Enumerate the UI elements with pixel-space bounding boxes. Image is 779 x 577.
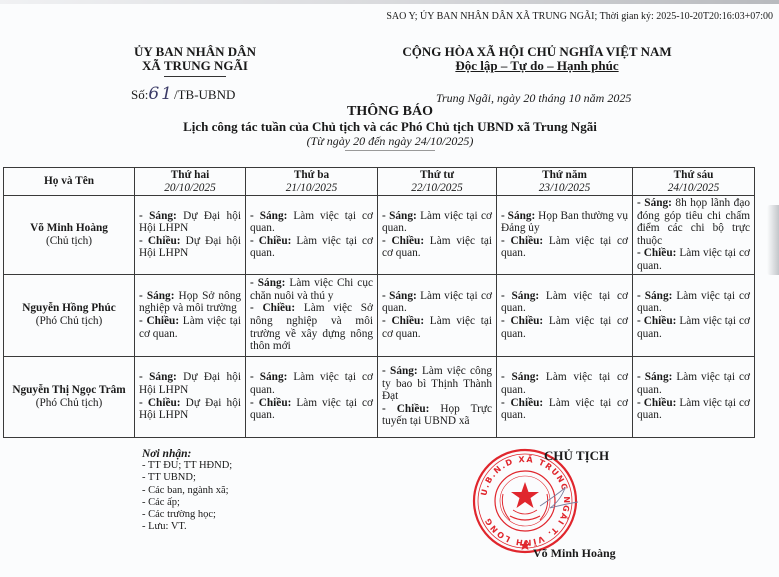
person-role: (Chủ tịch): [46, 235, 92, 247]
entry-label: - Chiều:: [250, 397, 291, 409]
entry-label: - Chiều:: [250, 302, 295, 314]
morning-entry: - Sáng: 8h họp lãnh đạo đóng góp tiêu ch…: [637, 197, 750, 247]
digital-signature-stamp: SAO Y; ỦY BAN NHÂN DÂN XÃ TRUNG NGÃI; Th…: [386, 11, 773, 22]
schedule-cell: - Sáng: Làm việc công ty bao bì Thịnh Th…: [378, 356, 497, 437]
schedule-cell: - Sáng: Làm việc Chi cục chăn nuôi và th…: [246, 274, 378, 356]
title-heading: THÔNG BÁO: [180, 104, 600, 119]
morning-entry: - Sáng: Làm việc tại cơ quan.: [250, 210, 373, 235]
schedule-cell: - Sáng: Họp Ban thường vụ Đảng ủy- Chiều…: [497, 196, 633, 275]
title-underline: [345, 150, 435, 151]
entry-label: - Chiều:: [637, 315, 676, 327]
schedule-cell: - Sáng: Làm việc tại cơ quan.- Chiều: Là…: [497, 274, 633, 356]
morning-entry: - Sáng: Làm việc tại cơ quan.: [501, 371, 628, 396]
table-row: Nguyễn Thị Ngọc Trâm(Phó Chủ tịch)- Sáng…: [4, 356, 755, 437]
afternoon-entry: - Chiều: Làm việc tại cơ quan.: [501, 397, 628, 422]
signer-name: Võ Minh Hoàng: [533, 546, 616, 561]
schedule-cell: - Sáng: Làm việc tại cơ quan.- Chiều: Là…: [246, 356, 378, 437]
schedule-cell: - Sáng: Làm việc tại cơ quan.- Chiều: Là…: [378, 196, 497, 275]
person-cell: Võ Minh Hoàng(Chủ tịch): [4, 196, 135, 275]
person-role: (Phó Chủ tịch): [36, 315, 103, 327]
afternoon-entry: - Chiều: Làm việc tại cơ quan.: [637, 247, 750, 272]
afternoon-entry: - Chiều: Làm việc Sở nông nghiệp và môi …: [250, 302, 373, 352]
person-name: Nguyễn Thị Ngọc Trâm: [8, 384, 130, 397]
table-header-row: Họ và Tên Thứ hai20/10/2025 Thứ ba21/10/…: [4, 168, 755, 196]
afternoon-entry: - Chiều: Dự Đại hội Hội LHPN: [139, 235, 241, 260]
schedule-table: Họ và Tên Thứ hai20/10/2025 Thứ ba21/10/…: [3, 167, 755, 438]
person-role: (Phó Chủ tịch): [36, 397, 103, 409]
entry-label: - Sáng:: [139, 290, 174, 302]
afternoon-entry: - Chiều: Họp Trực tuyến tại UBND xã: [382, 403, 492, 428]
scan-top-edge: [0, 0, 779, 4]
entry-label: - Chiều:: [139, 315, 179, 327]
day-date: 20/10/2025: [138, 182, 242, 195]
entry-label: - Sáng:: [139, 371, 177, 383]
entry-label: - Chiều:: [382, 315, 424, 327]
signer-title: CHỦ TỊCH: [544, 448, 609, 464]
entry-label: - Sáng:: [382, 290, 417, 302]
morning-entry: - Sáng: Làm việc Chi cục chăn nuôi và th…: [250, 277, 373, 302]
title-subject: Lịch công tác tuần của Chủ tịch và các P…: [180, 119, 600, 134]
afternoon-entry: - Chiều: Làm việc tại cơ quan.: [250, 397, 373, 422]
entry-label: - Sáng:: [250, 371, 287, 383]
day-header: Thứ sáu24/10/2025: [633, 168, 755, 196]
entry-label: - Sáng:: [637, 290, 672, 302]
morning-entry: - Sáng: Làm việc tại cơ quan.: [250, 371, 373, 396]
schedule-cell: - Sáng: Làm việc tại cơ quan.- Chiều: Là…: [633, 274, 755, 356]
day-name: Thứ hai: [171, 169, 210, 181]
day-name: Thứ năm: [542, 169, 587, 181]
issuing-agency: ỦY BAN NHÂN DÂN XÃ TRUNG NGÃI: [95, 45, 295, 77]
schedule-cell: - Sáng: 8h họp lãnh đạo đóng góp tiêu ch…: [633, 196, 755, 275]
person-name: Võ Minh Hoàng: [8, 222, 130, 235]
schedule-cell: - Sáng: Làm việc tại cơ quan.- Chiều: Là…: [378, 274, 497, 356]
day-date: 24/10/2025: [636, 182, 751, 195]
morning-entry: - Sáng: Họp Sở nông nghiệp và môi trường: [139, 290, 241, 315]
day-header: Thứ năm23/10/2025: [497, 168, 633, 196]
title-period: (Từ ngày 20 đến ngày 24/10/2025): [180, 134, 600, 148]
afternoon-entry: - Chiều: Dự Đại hội Hội LHPN: [139, 397, 241, 422]
day-date: 21/10/2025: [249, 182, 374, 195]
person-cell: Nguyễn Thị Ngọc Trâm(Phó Chủ tịch): [4, 356, 135, 437]
entry-label: - Chiều:: [139, 235, 181, 247]
day-header: Thứ hai20/10/2025: [135, 168, 246, 196]
morning-entry: - Sáng: Dự Đại hội Hội LHPN: [139, 371, 241, 396]
day-name: Thứ ba: [294, 169, 329, 181]
afternoon-entry: - Chiều: Làm việc tại cơ quan.: [250, 235, 373, 260]
entry-label: - Sáng:: [501, 290, 539, 302]
morning-entry: - Sáng: Làm việc tại cơ quan.: [382, 210, 492, 235]
schedule-cell: - Sáng: Làm việc tại cơ quan.- Chiều: Là…: [246, 196, 378, 275]
doc-number-handwritten: 61: [148, 84, 174, 104]
afternoon-entry: - Chiều: Làm việc tại cơ quan.: [637, 397, 750, 422]
recipient-item: - Các ấp;: [142, 497, 232, 509]
recipient-item: - TT ĐU; TT HĐND;: [142, 460, 232, 472]
nation-motto: Độc lập – Tự do – Hạnh phúc: [455, 59, 618, 73]
afternoon-entry: - Chiều: Làm việc tại cơ quan.: [637, 315, 750, 340]
day-header: Thứ ba21/10/2025: [246, 168, 378, 196]
entry-label: - Sáng:: [382, 365, 418, 377]
national-header: CỘNG HÒA XÃ HỘI CHỦ NGHĨA VIỆT NAM Độc l…: [402, 45, 672, 73]
person-name: Nguyễn Hồng Phúc: [8, 302, 130, 315]
afternoon-entry: - Chiều: Làm việc tại cơ quan.: [501, 235, 628, 260]
scan-edge-shadow: [767, 205, 779, 275]
recipient-item: - Lưu: VT.: [142, 521, 232, 533]
schedule-cell: - Sáng: Dự Đại hội Hội LHPN- Chiều: Dự Đ…: [135, 356, 246, 437]
entry-label: - Chiều:: [250, 235, 291, 247]
person-cell: Nguyễn Hồng Phúc(Phó Chủ tịch): [4, 274, 135, 356]
entry-label: - Chiều:: [139, 397, 181, 409]
doc-number-prefix: Số:: [131, 87, 148, 102]
afternoon-entry: - Chiều: Làm việc tại cơ quan.: [382, 315, 492, 340]
schedule-cell: - Sáng: Làm việc tại cơ quan.- Chiều: Là…: [497, 356, 633, 437]
day-name: Thứ tư: [420, 169, 454, 181]
afternoon-entry: - Chiều: Làm việc tại cơ quan.: [382, 235, 492, 260]
entry-label: - Chiều:: [501, 315, 543, 327]
entry-label: - Sáng:: [501, 371, 539, 383]
afternoon-entry: - Chiều: Làm việc tại cơ quan.: [139, 315, 241, 340]
recipients-heading: Nơi nhận:: [142, 448, 232, 460]
agency-line-2: XÃ TRUNG NGÃI: [95, 59, 295, 73]
entry-label: - Chiều:: [637, 397, 676, 409]
morning-entry: - Sáng: Làm việc tại cơ quan.: [637, 290, 750, 315]
recipient-item: - Các trường học;: [142, 509, 232, 521]
day-name: Thứ sáu: [674, 169, 714, 181]
entry-label: - Chiều:: [501, 235, 543, 247]
morning-entry: - Sáng: Họp Ban thường vụ Đảng ủy: [501, 210, 628, 235]
day-header: Thứ tư22/10/2025: [378, 168, 497, 196]
morning-entry: - Sáng: Dự Đại hội Hội LHPN: [139, 210, 241, 235]
day-date: 22/10/2025: [381, 182, 493, 195]
morning-entry: - Sáng: Làm việc tại cơ quan.: [637, 371, 750, 396]
morning-entry: - Sáng: Làm việc công ty bao bì Thịnh Th…: [382, 365, 492, 403]
entry-label: - Sáng:: [139, 210, 177, 222]
nation-name: CỘNG HÒA XÃ HỘI CHỦ NGHĨA VIỆT NAM: [402, 45, 672, 59]
entry-label: - Chiều:: [382, 403, 429, 415]
entry-label: - Sáng:: [250, 277, 285, 289]
entry-label: - Sáng:: [250, 210, 287, 222]
day-date: 23/10/2025: [500, 182, 629, 195]
document-title: THÔNG BÁO Lịch công tác tuần của Chủ tịc…: [180, 104, 600, 151]
table-row: Võ Minh Hoàng(Chủ tịch)- Sáng: Dự Đại hộ…: [4, 196, 755, 275]
schedule-cell: - Sáng: Dự Đại hội Hội LHPN- Chiều: Dự Đ…: [135, 196, 246, 275]
recipient-item: - TT UBND;: [142, 472, 232, 484]
afternoon-entry: - Chiều: Làm việc tại cơ quan.: [501, 315, 628, 340]
morning-entry: - Sáng: Làm việc tại cơ quan.: [501, 290, 628, 315]
schedule-cell: - Sáng: Làm việc tại cơ quan.- Chiều: Là…: [633, 356, 755, 437]
entry-label: - Chiều:: [501, 397, 543, 409]
agency-line-1: ỦY BAN NHÂN DÂN: [95, 45, 295, 59]
table-row: Nguyễn Hồng Phúc(Phó Chủ tịch)- Sáng: Họ…: [4, 274, 755, 356]
entry-label: - Sáng:: [637, 197, 672, 209]
recipient-item: - Các ban, ngành xã;: [142, 485, 232, 497]
agency-underline: [164, 76, 226, 77]
entry-label: - Sáng:: [637, 371, 672, 383]
name-column-header: Họ và Tên: [4, 168, 135, 196]
entry-label: - Sáng:: [501, 210, 535, 222]
entry-label: - Sáng:: [382, 210, 417, 222]
recipients-list: Nơi nhận: - TT ĐU; TT HĐND; - TT UBND; -…: [142, 448, 232, 533]
entry-label: - Chiều:: [637, 247, 676, 259]
doc-number-suffix: /TB-UBND: [174, 87, 235, 102]
morning-entry: - Sáng: Làm việc tại cơ quan.: [382, 290, 492, 315]
document-number: Số:61/TB-UBND: [131, 84, 235, 104]
schedule-cell: - Sáng: Họp Sở nông nghiệp và môi trường…: [135, 274, 246, 356]
entry-label: - Chiều:: [382, 235, 424, 247]
